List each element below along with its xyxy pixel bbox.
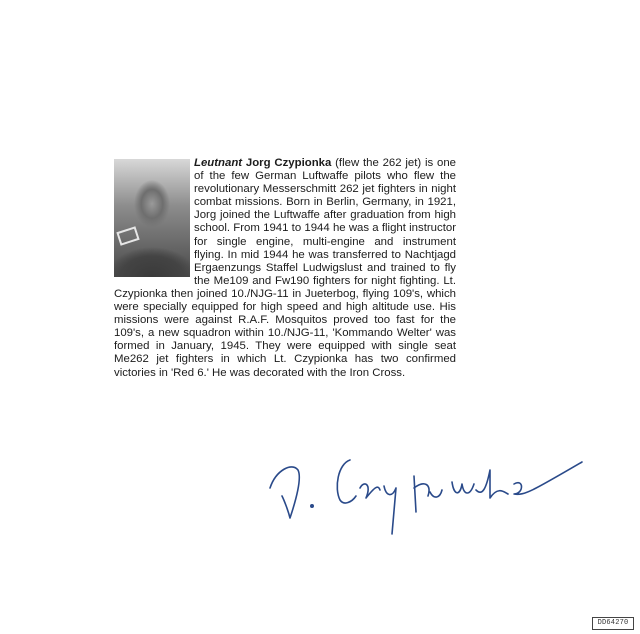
- pilot-subtitle: (flew the 262 jet): [335, 157, 421, 169]
- collar-insignia: [116, 226, 139, 245]
- inventory-stamp: DD64270: [592, 617, 634, 630]
- biography-card: Leutnant Jorg Czypionka (flew the 262 je…: [114, 157, 456, 380]
- rank-label: Leutnant: [194, 157, 242, 169]
- portrait-photo: [114, 159, 190, 277]
- signature: [262, 440, 592, 540]
- pilot-name: Jorg Czypionka: [246, 157, 331, 169]
